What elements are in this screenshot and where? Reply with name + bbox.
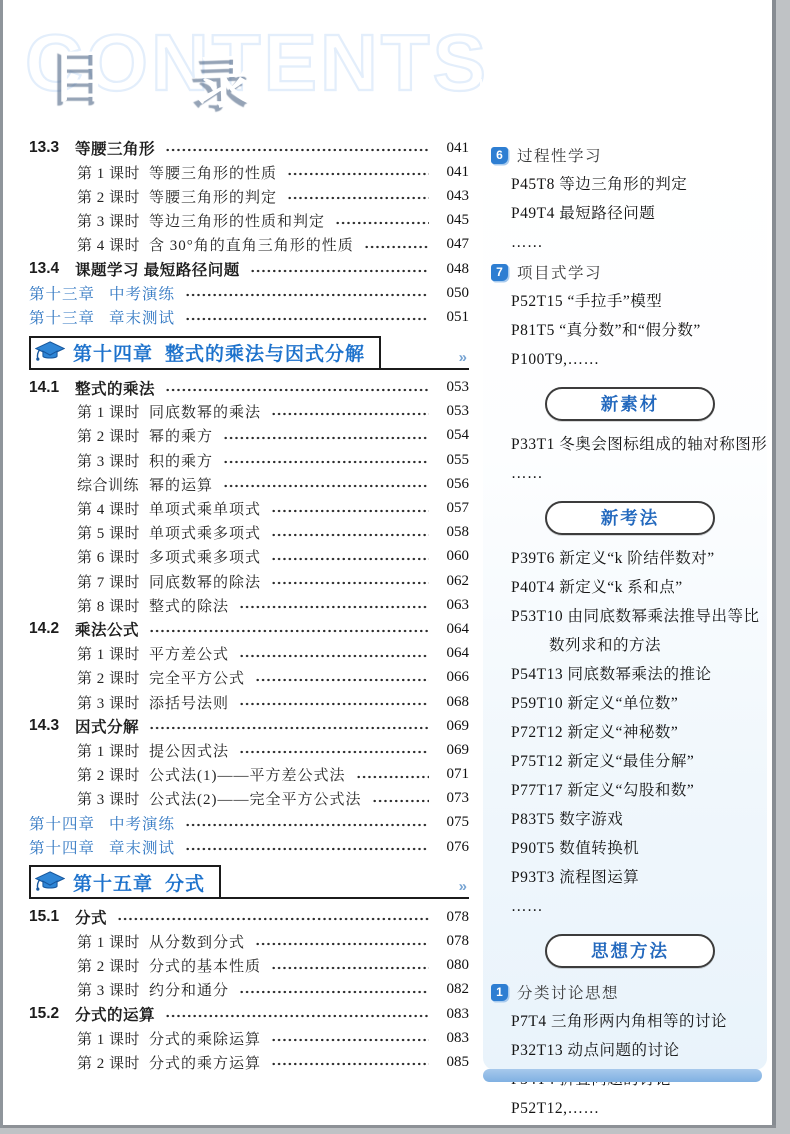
dots-leader <box>271 412 429 416</box>
dots-leader <box>223 436 429 440</box>
lesson-label: 第 5 课时 <box>77 522 149 543</box>
dots-leader <box>185 847 429 851</box>
page-number: 080 <box>437 957 469 974</box>
toc-section-row: 14.1 整式的乘法 053 <box>29 376 469 400</box>
example-item: P77T17 新定义“勾股和数” <box>491 776 769 805</box>
dots-leader <box>239 990 429 994</box>
page-number: 076 <box>437 839 469 856</box>
lesson-title: 从分数到分式 <box>149 931 245 952</box>
toc-section-row: 15.1 分式 078 <box>29 905 469 929</box>
lesson-label: 第 6 课时 <box>77 546 149 567</box>
page-number: 058 <box>437 524 469 541</box>
example-item: P39T6 新定义“k 阶结伴数对” <box>491 544 769 573</box>
page-number: 041 <box>437 164 469 181</box>
section-title: 课题学习 最短路径问题 <box>75 258 240 280</box>
section-number: 14.1 <box>29 379 75 397</box>
group-title: 项目式学习 <box>517 261 602 283</box>
section-title: 乘法公式 <box>75 618 139 640</box>
chapter-header-box: 第十五章 分式 <box>29 865 221 899</box>
right-group: 7 项目式学习 P52T15 “手拉手”模型P81T5 “真分数”和“假分数”P… <box>491 257 769 374</box>
section-title: 整式的乘法 <box>75 377 155 399</box>
lesson-label: 第 1 课时 <box>77 162 149 183</box>
toc-left-column: 13.3 等腰三角形 041 第 1 课时 等腰三角形的性质 041 第 2 课… <box>29 136 469 1075</box>
number-badge: 6 <box>491 147 508 164</box>
toc-lesson-row: 第 3 课时 添括号法则 068 <box>29 690 469 714</box>
lesson-label: 第 3 课时 <box>77 450 149 471</box>
toc-lesson-row: 第 3 课时 等边三角形的性质和判定 045 <box>29 209 469 233</box>
lesson-label: 第 2 课时 <box>77 186 149 207</box>
lesson-label: 综合训练 <box>77 474 149 495</box>
dots-leader <box>364 245 429 249</box>
dots-leader <box>255 678 429 682</box>
example-item: P7T4 三角形两内角相等的讨论 <box>491 1007 769 1036</box>
lesson-label: 第 1 课时 <box>77 1028 149 1049</box>
lesson-label: 第 4 课时 <box>77 498 149 519</box>
lesson-title: 等腰三角形的性质 <box>149 162 277 183</box>
page-number: 050 <box>437 285 469 302</box>
category-pill: 思想方法 <box>545 934 715 968</box>
lesson-label: 第 7 课时 <box>77 571 149 592</box>
group-heading: 7 项目式学习 <box>491 257 769 287</box>
barcode-decoration <box>480 79 732 105</box>
dots-leader <box>165 148 429 152</box>
example-item: P52T15 “手拉手”模型 <box>491 287 769 316</box>
lesson-title: 公式法(2)——完全平方公式法 <box>149 788 362 809</box>
dots-leader <box>165 388 429 392</box>
lesson-title: 提公因式法 <box>149 740 229 761</box>
page-number: 069 <box>437 742 469 759</box>
chapter-header-rule: » <box>381 336 469 370</box>
example-item: P75T12 新定义“最佳分解” <box>491 747 769 776</box>
pill-row: 新考法 <box>491 501 769 535</box>
section-number: 13.4 <box>29 260 75 278</box>
dots-leader <box>239 750 429 754</box>
group-items: P33T1 冬奥会图标组成的轴对称图形…… <box>491 430 769 488</box>
toc-section-row: 13.4 课题学习 最短路径问题 048 <box>29 257 469 281</box>
category-pill: 新考法 <box>545 501 715 535</box>
dots-leader <box>223 484 429 488</box>
right-group: 新素材 P33T1 冬奥会图标组成的轴对称图形…… <box>491 387 769 488</box>
toc-lesson-row: 第 1 课时 分式的乘除运算 083 <box>29 1026 469 1050</box>
lesson-label: 第 2 课时 <box>77 1052 149 1073</box>
section-number: 15.1 <box>29 908 75 926</box>
toc-exam-row: 第十四章 中考演练 075 <box>29 811 469 835</box>
toc-lesson-row: 第 4 课时 单项式乘单项式 057 <box>29 496 469 520</box>
group-title: 过程性学习 <box>517 144 602 166</box>
toc-lesson-row: 第 2 课时 分式的基本性质 080 <box>29 954 469 978</box>
lesson-title: 整式的除法 <box>149 595 229 616</box>
page-number: 064 <box>437 645 469 662</box>
toc-lesson-row: 第 2 课时 完全平方公式 066 <box>29 666 469 690</box>
exam-title: 章末测试 <box>109 836 175 858</box>
toc-lesson-row: 第 1 课时 提公因式法 069 <box>29 738 469 762</box>
more-chevrons-icon: » <box>459 878 465 895</box>
group-heading: 6 过程性学习 <box>491 140 769 170</box>
panel-bottom-bar <box>483 1069 762 1082</box>
lesson-label: 第 1 课时 <box>77 931 149 952</box>
lesson-title: 分式的乘除运算 <box>149 1028 261 1049</box>
example-item: P33T1 冬奥会图标组成的轴对称图形 <box>491 430 769 459</box>
lesson-label: 第 1 课时 <box>77 401 149 422</box>
lesson-label: 第 1 课时 <box>77 740 149 761</box>
category-pill: 新素材 <box>545 387 715 421</box>
page-bottom-edge <box>3 1125 776 1128</box>
lesson-title: 同底数幂的除法 <box>149 571 261 592</box>
toc-lesson-row: 第 2 课时 分式的乘方运算 085 <box>29 1050 469 1074</box>
section-title: 等腰三角形 <box>75 137 155 159</box>
lesson-title: 分式的乘方运算 <box>149 1052 261 1073</box>
page-number: 060 <box>437 548 469 565</box>
toc-lesson-row: 第 1 课时 平方差公式 064 <box>29 642 469 666</box>
chapter-header-box: 第十四章 整式的乘法与因式分解 <box>29 336 381 370</box>
lesson-label: 第 2 课时 <box>77 764 149 785</box>
exam-title: 中考演练 <box>109 812 175 834</box>
dots-leader <box>255 942 429 946</box>
example-item: P100T9,…… <box>491 345 769 374</box>
dots-leader <box>239 702 429 706</box>
dots-leader <box>117 917 429 921</box>
dots-leader <box>271 581 429 585</box>
lesson-title: 单项式乘多项式 <box>149 522 261 543</box>
toc-lesson-row: 第 1 课时 等腰三角形的性质 041 <box>29 160 469 184</box>
toc-lesson-row: 第 3 课时 公式法(2)——完全平方公式法 073 <box>29 787 469 811</box>
chapter-title: 整式的乘法与因式分解 <box>165 339 365 366</box>
toc-section-row: 15.2 分式的运算 083 <box>29 1002 469 1026</box>
dots-leader <box>271 1062 429 1066</box>
section-number: 15.2 <box>29 1005 75 1023</box>
toc-right-column: 6 过程性学习 P45T8 等边三角形的判定P49T4 最短路径问题…… 7 项… <box>491 140 769 1123</box>
toc-lesson-row: 第 1 课时 同底数幂的乘法 053 <box>29 400 469 424</box>
chapter-header: 第十四章 整式的乘法与因式分解 » <box>29 336 469 370</box>
page-number: 054 <box>437 427 469 444</box>
lesson-title: 幂的乘方 <box>149 425 213 446</box>
toc-lesson-row: 第 4 课时 含 30°角的直角三角形的性质 047 <box>29 233 469 257</box>
group-heading: 1 分类讨论思想 <box>491 977 769 1007</box>
exam-chapter-label: 第十四章 <box>29 812 95 834</box>
scanned-book-page: CONTENTS 目 录 13.3 等腰三角形 041 第 1 课时 等腰三角形… <box>0 0 790 1134</box>
lesson-title: 单项式乘单项式 <box>149 498 261 519</box>
lesson-label: 第 8 课时 <box>77 595 149 616</box>
example-item: P54T13 同底数幂乘法的推论 <box>491 660 769 689</box>
page-number: 075 <box>437 814 469 831</box>
lesson-label: 第 1 课时 <box>77 643 149 664</box>
page-number: 064 <box>437 621 469 638</box>
graduation-cap-icon <box>35 341 65 364</box>
dots-leader <box>149 629 429 633</box>
page-number: 045 <box>437 212 469 229</box>
dots-leader <box>223 460 429 464</box>
dots-leader <box>165 1014 429 1018</box>
toc-lesson-row: 第 5 课时 单项式乘多项式 058 <box>29 521 469 545</box>
right-group: 思想方法 1 分类讨论思想 P7T4 三角形两内角相等的讨论P32T13 动点问… <box>491 934 769 1123</box>
dots-leader <box>185 823 429 827</box>
lesson-title: 多项式乘多项式 <box>149 546 261 567</box>
exam-title: 中考演练 <box>109 282 175 304</box>
example-item: P90T5 数值转换机 <box>491 834 769 863</box>
lesson-title: 积的乘方 <box>149 450 213 471</box>
page-number: 062 <box>437 573 469 590</box>
toc-lesson-row: 第 2 课时 公式法(1)——平方差公式法 071 <box>29 763 469 787</box>
page-number: 048 <box>437 261 469 278</box>
lesson-title: 公式法(1)——平方差公式法 <box>149 764 346 785</box>
exam-chapter-label: 第十四章 <box>29 836 95 858</box>
dots-leader <box>185 317 429 321</box>
lesson-title: 完全平方公式 <box>149 667 245 688</box>
page-number: 083 <box>437 1006 469 1023</box>
dots-leader <box>271 557 429 561</box>
exam-chapter-label: 第十三章 <box>29 282 95 304</box>
page-number: 078 <box>437 933 469 950</box>
paper: CONTENTS 目 录 13.3 等腰三角形 041 第 1 课时 等腰三角形… <box>3 0 772 1125</box>
example-item: P52T12,…… <box>491 1094 769 1123</box>
toc-lesson-row: 第 2 课时 等腰三角形的判定 043 <box>29 184 469 208</box>
chapter-number: 第十五章 <box>73 869 153 896</box>
lesson-label: 第 3 课时 <box>77 210 149 231</box>
example-item: P53T10 由同底数幂乘法推导出等比数列求和的方法 <box>491 602 769 660</box>
pill-row: 新素材 <box>491 387 769 421</box>
lesson-title: 约分和通分 <box>149 979 229 1000</box>
page-number: 055 <box>437 452 469 469</box>
page-gutter-shadow <box>772 0 776 1127</box>
lesson-label: 第 3 课时 <box>77 979 149 1000</box>
page-number: 083 <box>437 1030 469 1047</box>
lesson-title: 幂的运算 <box>149 474 213 495</box>
chapter-header: 第十五章 分式 » <box>29 865 469 899</box>
page-left-edge <box>0 0 3 1128</box>
example-item: P81T5 “真分数”和“假分数” <box>491 316 769 345</box>
page-number: 041 <box>437 140 469 157</box>
dots-leader <box>149 726 429 730</box>
page-number: 053 <box>437 403 469 420</box>
example-item: …… <box>491 228 769 257</box>
example-item: P93T3 流程图运算 <box>491 863 769 892</box>
lesson-title: 等腰三角形的判定 <box>149 186 277 207</box>
toc-lesson-row: 第 8 课时 整式的除法 063 <box>29 593 469 617</box>
section-number: 13.3 <box>29 139 75 157</box>
group-title: 分类讨论思想 <box>517 981 619 1003</box>
page-number: 069 <box>437 718 469 735</box>
dots-leader <box>287 172 429 176</box>
dots-leader <box>356 775 430 779</box>
toc-lesson-row: 综合训练 幂的运算 056 <box>29 472 469 496</box>
page-number: 071 <box>437 766 469 783</box>
lesson-title: 平方差公式 <box>149 643 229 664</box>
dots-leader <box>185 293 429 297</box>
lesson-title: 添括号法则 <box>149 692 229 713</box>
section-title: 分式 <box>75 906 107 928</box>
chapter-header-rule: » <box>221 865 469 899</box>
dots-leader <box>239 605 429 609</box>
section-number: 14.2 <box>29 620 75 638</box>
dots-leader <box>239 654 429 658</box>
section-title: 分式的运算 <box>75 1003 155 1025</box>
dots-leader <box>271 966 429 970</box>
toc-section-row: 14.2 乘法公式 064 <box>29 617 469 641</box>
dots-leader <box>372 799 430 803</box>
toc-lesson-row: 第 1 课时 从分数到分式 078 <box>29 929 469 953</box>
example-item: …… <box>491 459 769 488</box>
page-number: 043 <box>437 188 469 205</box>
page-number: 066 <box>437 669 469 686</box>
lesson-title: 等边三角形的性质和判定 <box>149 210 325 231</box>
more-chevrons-icon: » <box>459 349 465 366</box>
right-group: 6 过程性学习 P45T8 等边三角形的判定P49T4 最短路径问题…… <box>491 140 769 257</box>
dots-leader <box>271 1038 429 1042</box>
dots-leader <box>271 509 429 513</box>
toc-lesson-row: 第 7 课时 同底数幂的除法 062 <box>29 569 469 593</box>
lesson-label: 第 3 课时 <box>77 788 149 809</box>
lesson-label: 第 3 课时 <box>77 692 149 713</box>
page-number: 057 <box>437 500 469 517</box>
toc-section-row: 13.3 等腰三角形 041 <box>29 136 469 160</box>
lesson-label: 第 4 课时 <box>77 234 149 255</box>
toc-exam-row: 第十三章 中考演练 050 <box>29 281 469 305</box>
page-number: 063 <box>437 597 469 614</box>
lesson-title: 分式的基本性质 <box>149 955 261 976</box>
toc-lesson-row: 第 6 课时 多项式乘多项式 060 <box>29 545 469 569</box>
page-number: 068 <box>437 694 469 711</box>
lesson-label: 第 2 课时 <box>77 425 149 446</box>
page-number: 082 <box>437 981 469 998</box>
page-number: 056 <box>437 476 469 493</box>
lesson-title: 同底数幂的乘法 <box>149 401 261 422</box>
page-number: 047 <box>437 236 469 253</box>
dots-leader <box>250 269 429 273</box>
group-items: P39T6 新定义“k 阶结伴数对”P40T4 新定义“k 系和点”P53T10… <box>491 544 769 921</box>
toc-exam-row: 第十四章 章末测试 076 <box>29 835 469 859</box>
toc-lesson-row: 第 3 课时 约分和通分 082 <box>29 978 469 1002</box>
dots-leader <box>287 196 429 200</box>
example-item: P40T4 新定义“k 系和点” <box>491 573 769 602</box>
page-number: 085 <box>437 1054 469 1071</box>
page-number: 073 <box>437 790 469 807</box>
exam-chapter-label: 第十三章 <box>29 306 95 328</box>
example-item: …… <box>491 892 769 921</box>
pill-row: 思想方法 <box>491 934 769 968</box>
toc-exam-row: 第十三章 章末测试 051 <box>29 305 469 329</box>
section-number: 14.3 <box>29 717 75 735</box>
group-items: P7T4 三角形两内角相等的讨论P32T13 动点问题的讨论P34T4 折叠问题… <box>491 1007 769 1123</box>
page-number: 051 <box>437 309 469 326</box>
example-item: P45T8 等边三角形的判定 <box>491 170 769 199</box>
chapter-number: 第十四章 <box>73 339 153 366</box>
example-item: P59T10 新定义“单位数” <box>491 689 769 718</box>
graduation-cap-icon <box>35 871 65 894</box>
mulu-char-1: 目 <box>51 49 108 106</box>
group-items: P52T15 “手拉手”模型P81T5 “真分数”和“假分数”P100T9,…… <box>491 287 769 374</box>
page-number: 078 <box>437 909 469 926</box>
contents-banner: CONTENTS 目 录 <box>3 7 772 118</box>
lesson-title: 含 30°角的直角三角形的性质 <box>149 234 354 255</box>
section-title: 因式分解 <box>75 715 139 737</box>
toc-lesson-row: 第 2 课时 幂的乘方 054 <box>29 424 469 448</box>
chapter-title: 分式 <box>165 869 205 896</box>
toc-section-row: 14.3 因式分解 069 <box>29 714 469 738</box>
example-item: P83T5 数字游戏 <box>491 805 769 834</box>
lesson-label: 第 2 课时 <box>77 667 149 688</box>
exam-title: 章末测试 <box>109 306 175 328</box>
right-group: 新考法 P39T6 新定义“k 阶结伴数对”P40T4 新定义“k 系和点”P5… <box>491 501 769 921</box>
lesson-label: 第 2 课时 <box>77 955 149 976</box>
example-item: P72T12 新定义“神秘数” <box>491 718 769 747</box>
number-badge: 1 <box>491 984 508 1001</box>
example-item: P49T4 最短路径问题 <box>491 199 769 228</box>
group-items: P45T8 等边三角形的判定P49T4 最短路径问题…… <box>491 170 769 257</box>
dots-leader <box>271 533 429 537</box>
number-badge: 7 <box>491 264 508 281</box>
toc-lesson-row: 第 3 课时 积的乘方 055 <box>29 448 469 472</box>
page-number: 053 <box>437 379 469 396</box>
dots-leader <box>335 221 429 225</box>
example-item: P32T13 动点问题的讨论 <box>491 1036 769 1065</box>
mulu-char-2: 录 <box>194 54 253 113</box>
